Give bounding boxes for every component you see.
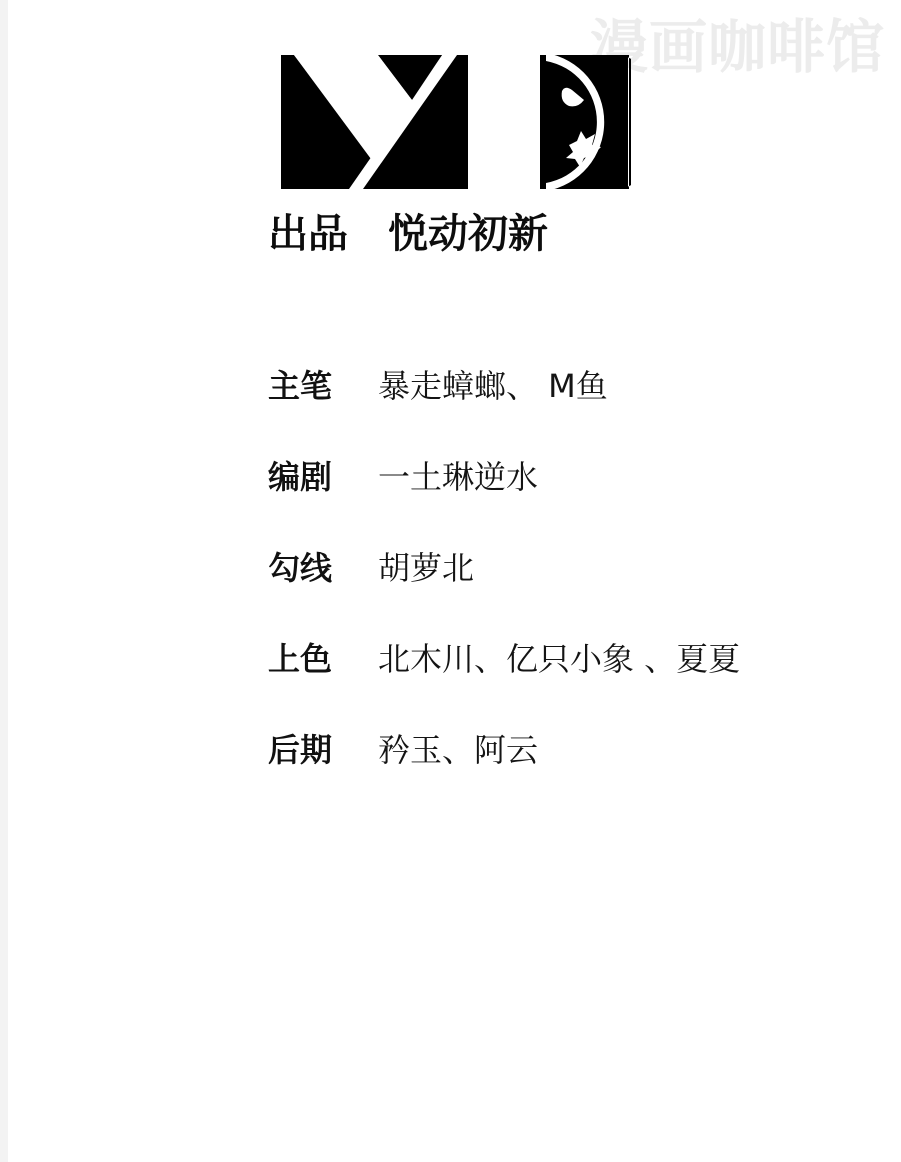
credit-row-post-production: 后期 矜玉、阿云: [268, 728, 740, 772]
producer-label: 出品: [268, 211, 348, 257]
credit-role: 主笔: [268, 364, 378, 408]
watermark-text: 漫画咖啡馆: [590, 12, 885, 82]
left-edge-strip: [0, 0, 8, 1162]
studio-logo: [281, 55, 631, 189]
credit-row-lead-artist: 主笔 暴走蟑螂、 M鱼: [268, 364, 740, 408]
logo-block-right-icon: [540, 55, 631, 189]
logo-block-left-icon: [281, 55, 468, 189]
credit-names: 暴走蟑螂、 M鱼: [378, 364, 608, 408]
studio-name: 悦动初新: [388, 211, 548, 257]
credit-row-writer: 编剧 一土琳逆水: [268, 455, 740, 499]
credit-names: 一土琳逆水: [378, 455, 538, 499]
credit-row-coloring: 上色 北木川、亿只小象 、夏夏: [268, 637, 740, 681]
credit-role: 上色: [268, 637, 378, 681]
credit-names: 矜玉、阿云: [378, 728, 538, 772]
credit-role: 勾线: [268, 546, 378, 590]
credits-list: 主笔 暴走蟑螂、 M鱼 编剧 一土琳逆水 勾线 胡萝北 上色 北木川、亿只小象 …: [268, 364, 740, 819]
producer-heading: 出品悦动初新: [268, 206, 548, 262]
credit-names: 北木川、亿只小象 、夏夏: [378, 637, 740, 681]
credit-role: 后期: [268, 728, 378, 772]
credit-row-lineart: 勾线 胡萝北: [268, 546, 740, 590]
credit-names: 胡萝北: [378, 546, 474, 590]
credit-role: 编剧: [268, 455, 378, 499]
